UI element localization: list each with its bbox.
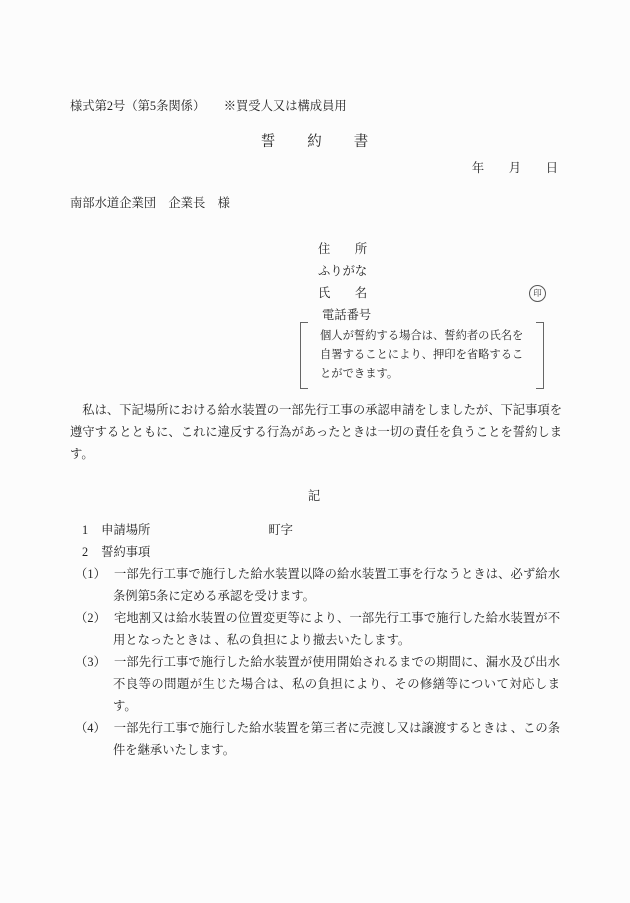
pledge-item-number: （4）	[75, 721, 106, 735]
locality-label: 町字	[268, 523, 293, 537]
pledge-item-text: 一部先行工事で施行した給水装置を第三者に売渡し又は譲渡するときは 、この条件を継…	[113, 721, 560, 757]
note-line: 自署することにより、押印を省略するこ	[320, 346, 526, 365]
list-heading: 記	[0, 485, 630, 507]
name-label: 氏 名	[318, 282, 367, 304]
note-line: とができます。	[320, 365, 526, 384]
document-title: 誓 約 書	[0, 131, 630, 153]
pledge-items-heading-row: 2誓約事項	[82, 541, 630, 563]
address-label: 住 所	[318, 242, 367, 256]
pledge-item-list: （1）一部先行工事で施行した給水装置以降の給水装置工事を行なうときは、必ず給水条…	[75, 563, 560, 761]
item-number: 1	[82, 523, 88, 537]
pledge-item-text: 一部先行工事で施行した給水装置が使用開始されるまでの期間に、漏水及び出水不良等の…	[113, 655, 560, 713]
pledge-item-1: （1）一部先行工事で施行した給水装置以降の給水装置工事を行なうときは、必ず給水条…	[75, 563, 560, 607]
item-label: 申請場所	[101, 523, 150, 537]
pledge-item-4: （4）一部先行工事で施行した給水装置を第三者に売渡し又は譲渡するときは 、この条…	[75, 717, 560, 761]
pledge-item-text: 一部先行工事で施行した給水装置以降の給水装置工事を行なうときは、必ず給水条例第5…	[113, 567, 560, 603]
pledge-item-3: （3）一部先行工事で施行した給水装置が使用開始されるまでの期間に、漏水及び出水不…	[75, 651, 560, 717]
furigana-label: ふりがな	[318, 264, 367, 278]
pledge-item-number: （1）	[75, 567, 106, 581]
pledge-item-number: （2）	[75, 611, 106, 625]
date-line: 年 月 日	[0, 157, 630, 179]
instruction-note: 個人が誓約する場合は、誓約者の氏名を 自署することにより、押印を省略するこ とが…	[300, 322, 544, 389]
furigana-row: ふりがな	[318, 260, 546, 282]
pledge-paragraph: 私は、下記場所における給水装置の一部先行工事の承認申請をしましたが、下記事項を遵…	[70, 399, 562, 465]
item-label: 誓約事項	[101, 545, 150, 559]
note-line: 個人が誓約する場合は、誓約者の氏名を	[320, 327, 526, 346]
form-number-note: 様式第2号（第5条関係） ※買受人又は構成員用	[70, 95, 630, 117]
application-site-row: 1申請場所町字	[82, 519, 630, 541]
pledge-item-number: （3）	[75, 655, 106, 669]
name-row: 氏 名 印	[318, 282, 546, 304]
pledge-item-2: （2）宅地割又は給水装置の位置変更等により、一部先行工事で施行した給水装置が不用…	[75, 607, 560, 651]
seal-char: 印	[533, 289, 542, 298]
item-number: 2	[82, 545, 88, 559]
address-row: 住 所	[318, 238, 546, 260]
document-page: 様式第2号（第5条関係） ※買受人又は構成員用 誓 約 書 年 月 日 南部水道…	[0, 0, 630, 903]
signer-fields: 住 所 ふりがな 氏 名 印 電話番号	[318, 238, 546, 326]
phone-label: 電話番号	[322, 308, 371, 322]
seal-stamp-icon: 印	[529, 285, 546, 302]
pledge-item-text: 宅地割又は給水装置の位置変更等により、一部先行工事で施行した給水装置が不用となっ…	[113, 611, 560, 647]
addressee: 南部水道企業団 企業長 様	[70, 192, 630, 214]
